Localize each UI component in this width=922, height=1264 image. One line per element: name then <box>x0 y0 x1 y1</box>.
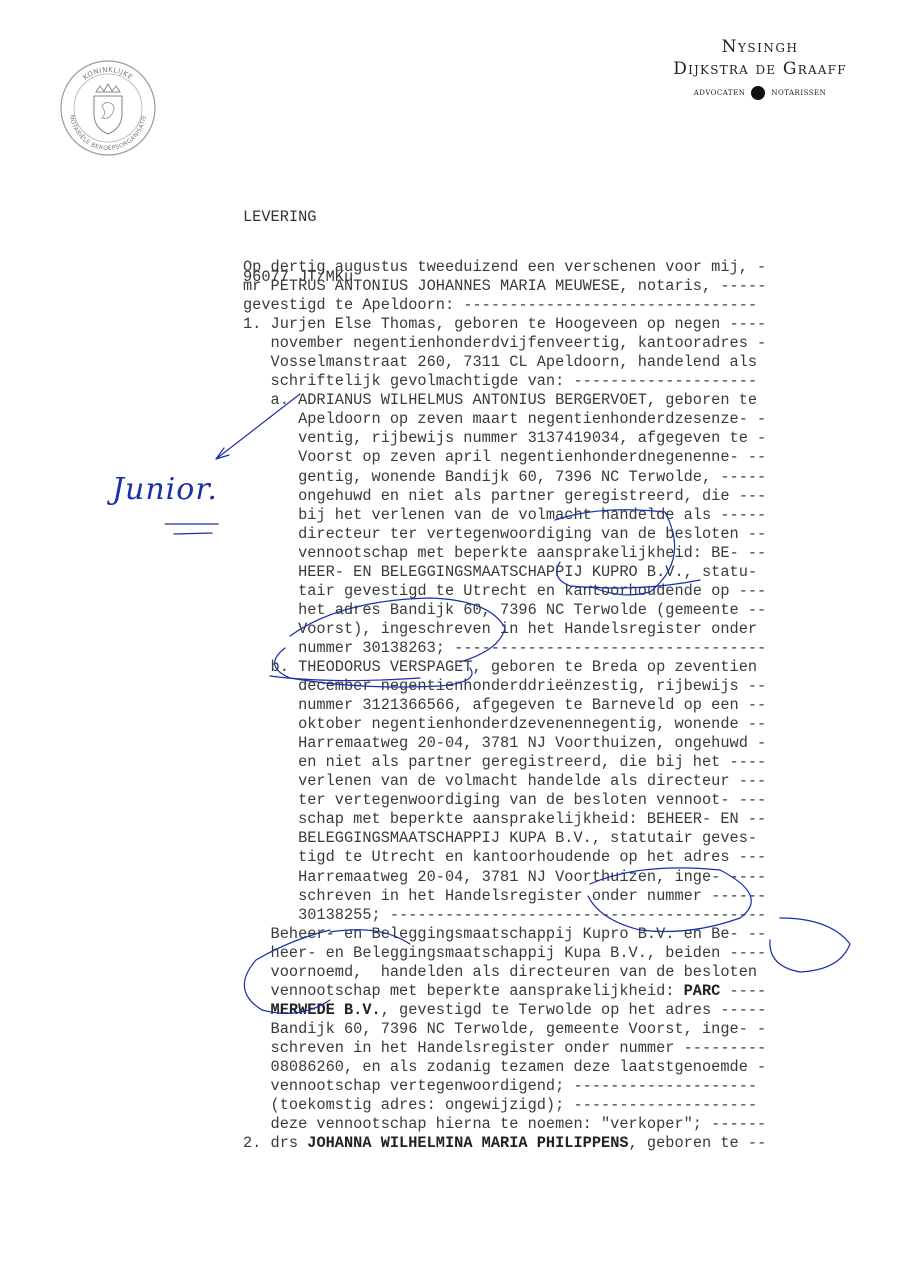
bold-name-text: JOHANNA WILHELMINA MARIA PHILIPPENS <box>307 1134 628 1152</box>
deed-line: a. ADRIANUS WILHELMUS ANTONIUS BERGERVOE… <box>243 391 766 410</box>
deed-body: Op dertig augustus tweeduizend een versc… <box>243 258 766 1153</box>
deed-text: Beheer- en Beleggingsmaatschappij Kupro … <box>243 925 766 943</box>
deed-text: ventig, rijbewijs nummer 3137419034, afg… <box>243 429 766 447</box>
deed-text: schriftelijk gevolmachtigde van: -------… <box>243 372 757 390</box>
firm-name-line2: Dijkstra de Graaff <box>640 58 880 80</box>
deed-text: vennootschap met beperkte aansprakelijkh… <box>243 982 684 1000</box>
deed-text: Voorst op zeven april negentienhonderdne… <box>243 448 766 466</box>
deed-text: gevestigd te Apeldoorn: ----------------… <box>243 296 757 314</box>
deed-line: MERWEDE B.V., gevestigd te Terwolde op h… <box>243 1001 766 1020</box>
deed-text: , notaris, ----- <box>619 277 766 295</box>
deed-line: Bandijk 60, 7396 NC Terwolde, gemeente V… <box>243 1020 766 1039</box>
deed-line: nummer 3121366566, afgegeven te Barnevel… <box>243 696 766 715</box>
deed-text: a. ADRIANUS WILHELMUS ANTONIUS BERGERVOE… <box>243 391 757 409</box>
deed-line: vennootschap vertegenwoordigend; -------… <box>243 1077 766 1096</box>
globe-dot-icon <box>751 86 765 100</box>
deed-line: gevestigd te Apeldoorn: ----------------… <box>243 296 766 315</box>
deed-text: Harremaatweg 20-04, 3781 NJ Voorthuizen,… <box>243 734 766 752</box>
deed-line: schreven in het Handelsregister onder nu… <box>243 887 766 906</box>
deed-line: vennootschap met beperkte aansprakelijkh… <box>243 982 766 1001</box>
bold-name-text: PARC <box>684 982 721 1000</box>
deed-line: 1. Jurjen Else Thomas, geboren te Hoogev… <box>243 315 766 334</box>
deed-text: Harremaatweg 20-04, 3781 NJ Voorthuizen,… <box>243 868 766 886</box>
deed-text: 08086260, en als zodanig tezamen deze la… <box>243 1058 766 1076</box>
firm-letterhead: Nysingh Dijkstra de Graaff ADVOCATEN NOT… <box>640 36 880 100</box>
deed-line: bij het verlenen van de volmacht handeld… <box>243 506 766 525</box>
deed-text: bij het verlenen van de volmacht handeld… <box>243 506 766 524</box>
deed-text: , geboren te -- <box>629 1134 767 1152</box>
deed-text: 2. drs <box>243 1134 307 1152</box>
deed-text: voornoemd, handelden als directeuren van… <box>243 963 757 981</box>
margin-note-junior: Junior. <box>112 472 218 507</box>
deed-line: Op dertig augustus tweeduizend een versc… <box>243 258 766 277</box>
deed-line: gentig, wonende Bandijk 60, 7396 NC Terw… <box>243 468 766 487</box>
deed-line: Voorst), ingeschreven in het Handelsregi… <box>243 620 766 639</box>
deed-text: 1. Jurjen Else Thomas, geboren te Hoogev… <box>243 315 766 333</box>
deed-line: vennootschap met beperkte aansprakelijkh… <box>243 544 766 563</box>
deed-line: Harremaatweg 20-04, 3781 NJ Voorthuizen,… <box>243 734 766 753</box>
document-type: LEVERING <box>243 207 353 227</box>
deed-line: ventig, rijbewijs nummer 3137419034, afg… <box>243 429 766 448</box>
deed-text: schap met beperkte aansprakelijkheid: BE… <box>243 810 766 828</box>
deed-text: Bandijk 60, 7396 NC Terwolde, gemeente V… <box>243 1020 766 1038</box>
deed-text: b. THEODORUS VERSPAGET, geboren te Breda… <box>243 658 757 676</box>
deed-text: heer- en Beleggingsmaatschappij Kupa B.V… <box>243 944 766 962</box>
deed-line: Vosselmanstraat 260, 7311 CL Apeldoorn, … <box>243 353 766 372</box>
deed-text: ter vertegenwoordiging van de besloten v… <box>243 791 766 809</box>
deed-text: vennootschap vertegenwoordigend; -------… <box>243 1077 757 1095</box>
deed-text: nummer 3121366566, afgegeven te Barnevel… <box>243 696 766 714</box>
deed-text: december negentienhonderddrieënzestig, r… <box>243 677 766 695</box>
deed-line: Voorst op zeven april negentienhonderdne… <box>243 448 766 467</box>
deed-line: november negentienhonderdvijfenveertig, … <box>243 334 766 353</box>
deed-text: ongehuwd en niet als partner geregistree… <box>243 487 766 505</box>
deed-line: schriftelijk gevolmachtigde van: -------… <box>243 372 766 391</box>
deed-text: (toekomstig adres: ongewijzigd); -------… <box>243 1096 757 1114</box>
deed-line: schreven in het Handelsregister onder nu… <box>243 1039 766 1058</box>
deed-line: schap met beperkte aansprakelijkheid: BE… <box>243 810 766 829</box>
deed-text: oktober negentienhonderdzevenennegentig,… <box>243 715 766 733</box>
deed-text: het adres Bandijk 60, 7396 NC Terwolde (… <box>243 601 766 619</box>
firm-name-line1: Nysingh <box>640 36 880 58</box>
deed-line: HEER- EN BELEGGINGSMAATSCHAPPIJ KUPRO B.… <box>243 563 766 582</box>
bold-name-text: MERWEDE B.V. <box>271 1001 381 1019</box>
deed-text: tigd te Utrecht en kantoorhoudende op he… <box>243 848 766 866</box>
deed-text: mr <box>243 277 271 295</box>
deed-text: vennootschap met beperkte aansprakelijkh… <box>243 544 766 562</box>
deed-line: 30138255; ------------------------------… <box>243 906 766 925</box>
deed-line: Beheer- en Beleggingsmaatschappij Kupro … <box>243 925 766 944</box>
deed-text: en niet als partner geregistreerd, die b… <box>243 753 766 771</box>
deed-text: deze vennootschap hierna te noemen: "ver… <box>243 1115 766 1133</box>
notary-seal-icon: KONINKLIJKE NOTARIËLE BEROEPSORGANISATIE <box>58 58 158 158</box>
deed-line: ter vertegenwoordiging van de besloten v… <box>243 791 766 810</box>
deed-line: tigd te Utrecht en kantoorhoudende op he… <box>243 848 766 867</box>
deed-text: 30138255; ------------------------------… <box>243 906 766 924</box>
deed-line: heer- en Beleggingsmaatschappij Kupa B.V… <box>243 944 766 963</box>
deed-line: deze vennootschap hierna te noemen: "ver… <box>243 1115 766 1134</box>
deed-line: (toekomstig adres: ongewijzigd); -------… <box>243 1096 766 1115</box>
deed-line: verlenen van de volmacht handelde als di… <box>243 772 766 791</box>
firm-tagline: ADVOCATEN NOTARISSEN <box>640 86 880 100</box>
deed-text: Op dertig augustus tweeduizend een versc… <box>243 258 766 276</box>
deed-line: oktober negentienhonderdzevenennegentig,… <box>243 715 766 734</box>
deed-text: Vosselmanstraat 260, 7311 CL Apeldoorn, … <box>243 353 757 371</box>
deed-text: november negentienhonderdvijfenveertig, … <box>243 334 766 352</box>
deed-line: ongehuwd en niet als partner geregistree… <box>243 487 766 506</box>
deed-line: tair gevestigd te Utrecht en kantoorhoud… <box>243 582 766 601</box>
deed-text: , gevestigd te Terwolde op het adres ---… <box>381 1001 767 1019</box>
deed-text: Voorst), ingeschreven in het Handelsregi… <box>243 620 757 638</box>
deed-line: BELEGGINGSMAATSCHAPPIJ KUPA B.V., statut… <box>243 829 766 848</box>
deed-line: voornoemd, handelden als directeuren van… <box>243 963 766 982</box>
deed-text <box>243 1001 271 1019</box>
deed-line: Harremaatweg 20-04, 3781 NJ Voorthuizen,… <box>243 868 766 887</box>
deed-text: HEER- EN BELEGGINGSMAATSCHAPPIJ KUPRO B.… <box>243 563 757 581</box>
deed-text: schreven in het Handelsregister onder nu… <box>243 887 766 905</box>
deed-line: Apeldoorn op zeven maart negentienhonder… <box>243 410 766 429</box>
deed-text: ---- <box>720 982 766 1000</box>
document-page: KONINKLIJKE NOTARIËLE BEROEPSORGANISATIE… <box>0 0 922 1264</box>
deed-text: directeur ter vertegenwoordiging van de … <box>243 525 766 543</box>
tag-notarissen: NOTARISSEN <box>771 89 826 97</box>
deed-line: en niet als partner geregistreerd, die b… <box>243 753 766 772</box>
deed-line: directeur ter vertegenwoordiging van de … <box>243 525 766 544</box>
deed-text: BELEGGINGSMAATSCHAPPIJ KUPA B.V., statut… <box>243 829 757 847</box>
deed-line: nummer 30138263; -----------------------… <box>243 639 766 658</box>
deed-line: 2. drs JOHANNA WILHELMINA MARIA PHILIPPE… <box>243 1134 766 1153</box>
deed-line: b. THEODORUS VERSPAGET, geboren te Breda… <box>243 658 766 677</box>
svg-text:KONINKLIJKE: KONINKLIJKE <box>82 66 135 82</box>
deed-text: tair gevestigd te Utrecht en kantoorhoud… <box>243 582 766 600</box>
deed-text: verlenen van de volmacht handelde als di… <box>243 772 766 790</box>
deed-text: PETRUS ANTONIUS JOHANNES MARIA MEUWESE <box>271 277 620 295</box>
deed-text: nummer 30138263; -----------------------… <box>243 639 766 657</box>
deed-line: december negentienhonderddrieënzestig, r… <box>243 677 766 696</box>
deed-line: mr PETRUS ANTONIUS JOHANNES MARIA MEUWES… <box>243 277 766 296</box>
deed-text: schreven in het Handelsregister onder nu… <box>243 1039 766 1057</box>
deed-line: 08086260, en als zodanig tezamen deze la… <box>243 1058 766 1077</box>
deed-line: het adres Bandijk 60, 7396 NC Terwolde (… <box>243 601 766 620</box>
deed-text: Apeldoorn op zeven maart negentienhonder… <box>243 410 766 428</box>
deed-text: gentig, wonende Bandijk 60, 7396 NC Terw… <box>243 468 766 486</box>
tag-advocaten: ADVOCATEN <box>694 89 746 97</box>
